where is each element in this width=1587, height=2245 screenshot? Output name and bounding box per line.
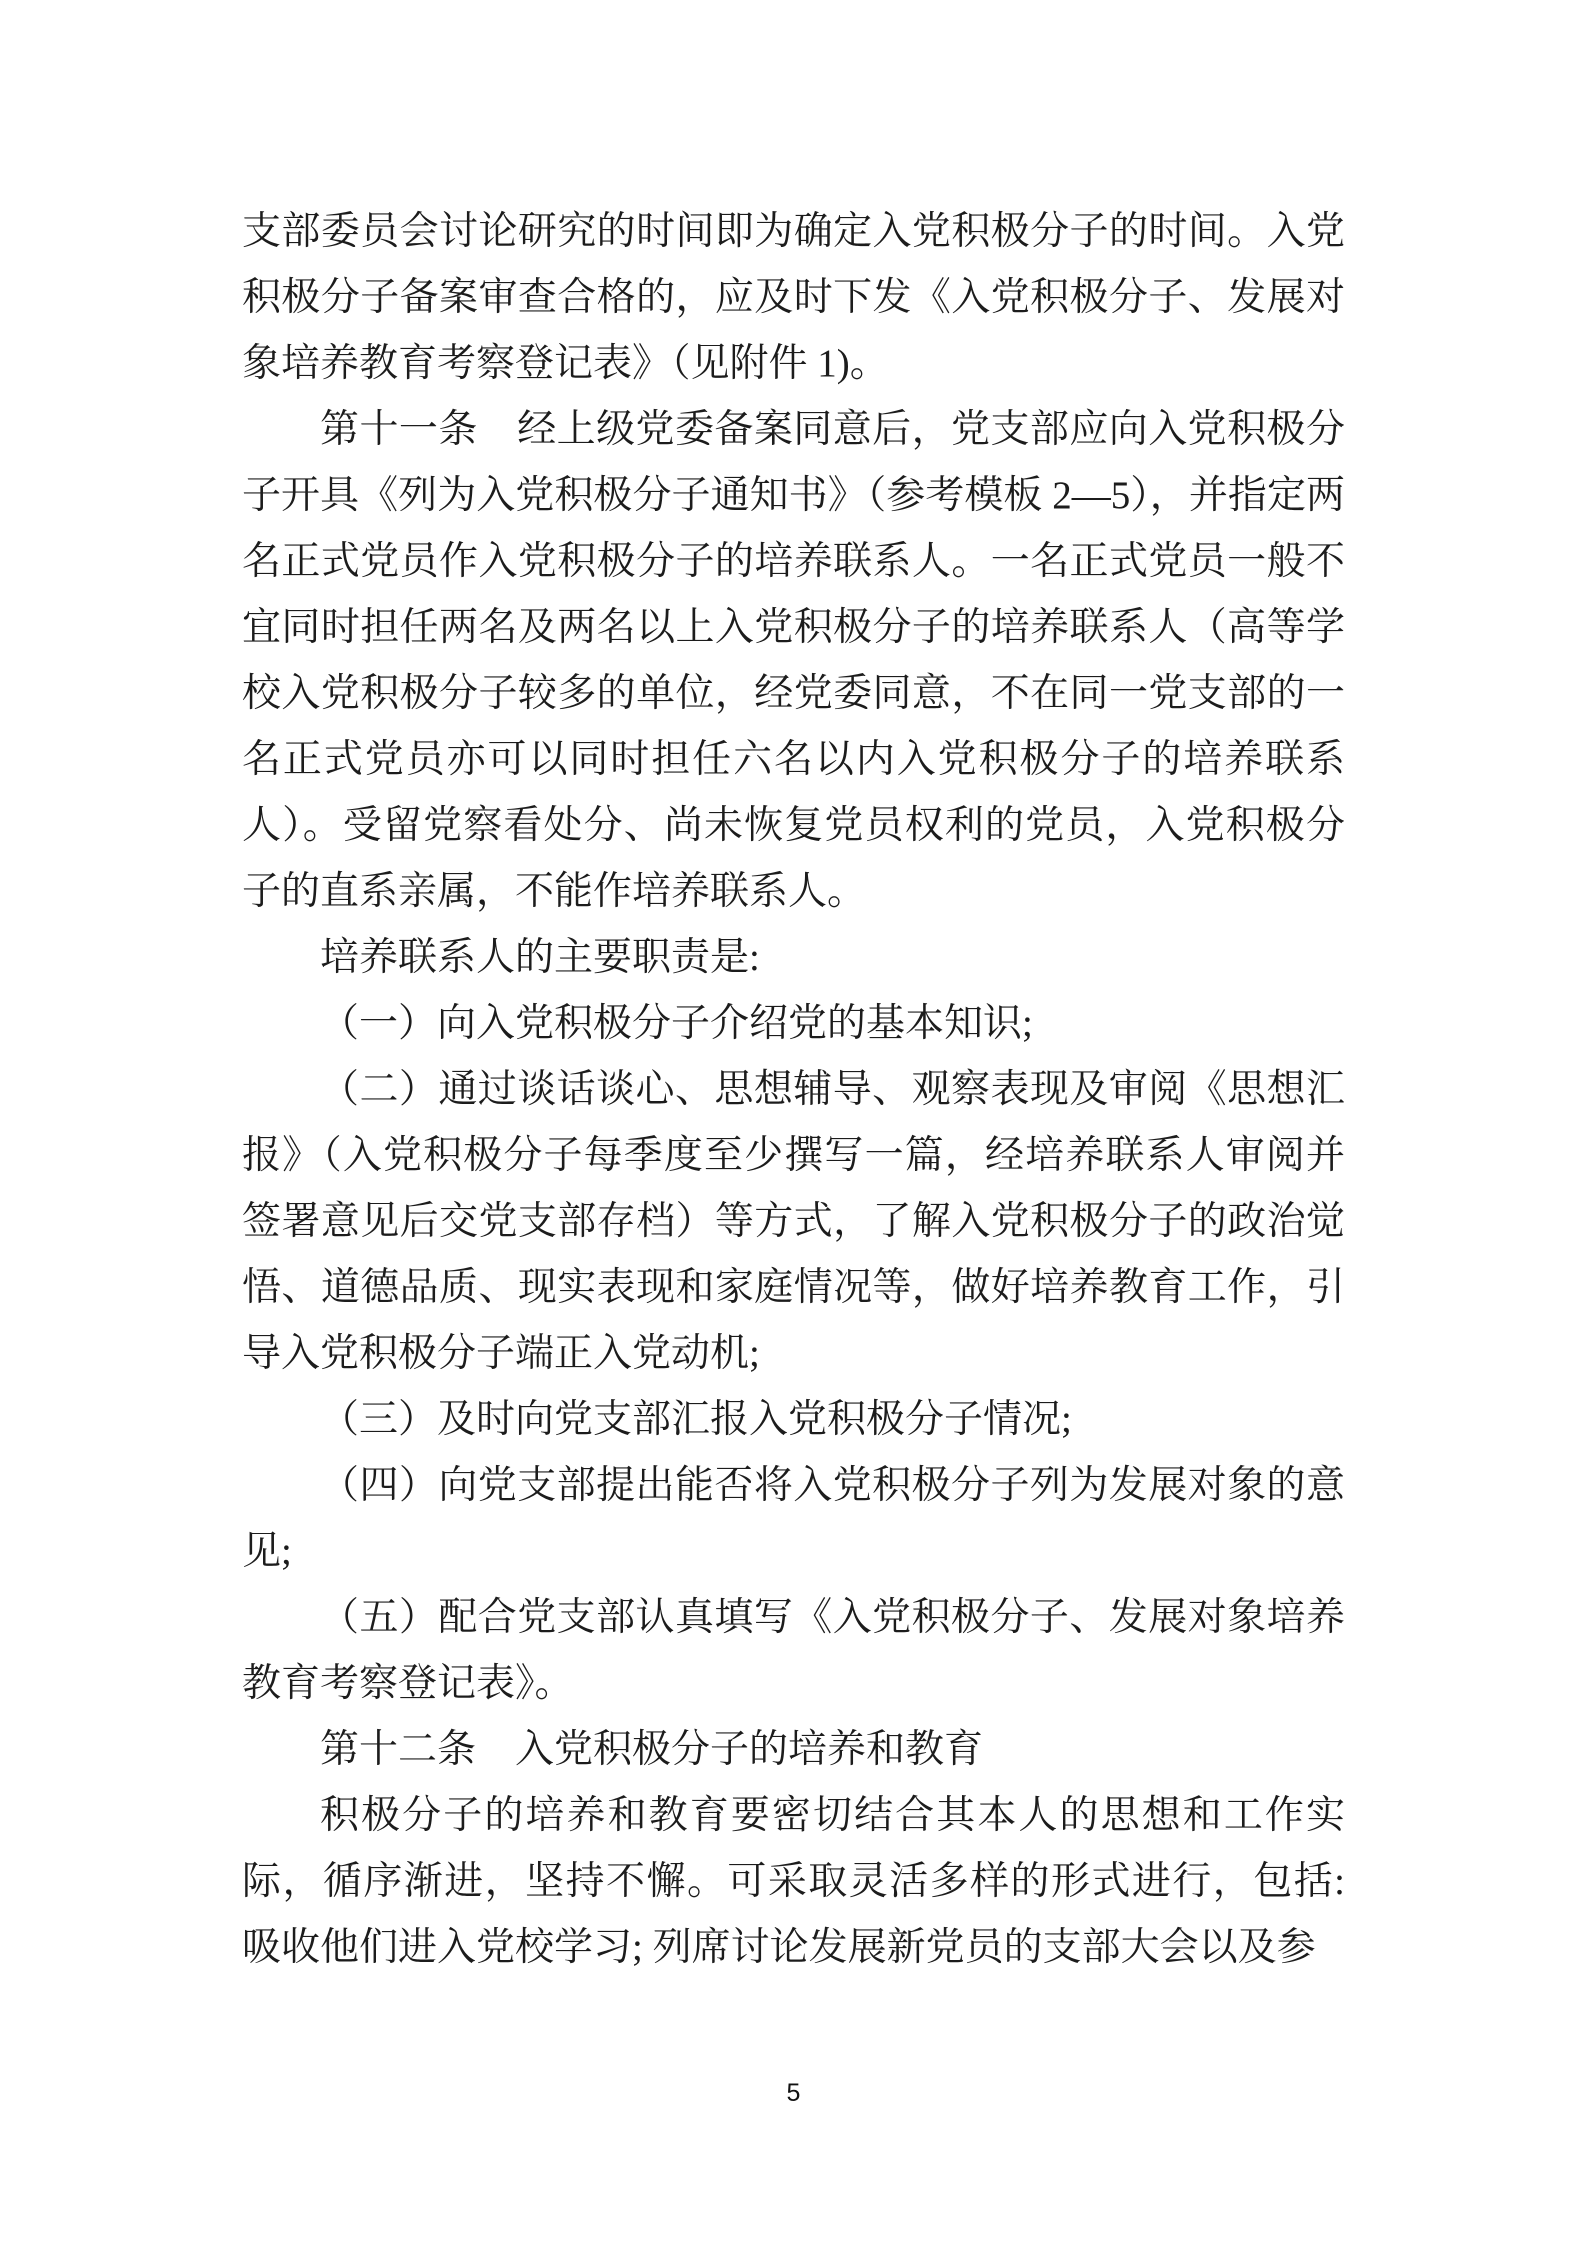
paragraph: 支部委员会讨论研究的时间即为确定入党积极分子的时间。入党积极分子备案审查合格的，… [242, 199, 1345, 397]
document-body: 支部委员会讨论研究的时间即为确定入党积极分子的时间。入党积极分子备案审查合格的，… [242, 199, 1345, 1981]
page-footer: 5 [0, 2078, 1587, 2108]
paragraph: 第十一条 经上级党委备案同意后，党支部应向入党积极分子开具《列为入党积极分子通知… [242, 397, 1345, 925]
paragraph: （三）及时向党支部汇报入党积极分子情况; [242, 1387, 1345, 1453]
paragraph: 第十二条 入党积极分子的培养和教育 [242, 1717, 1345, 1783]
document-page: 支部委员会讨论研究的时间即为确定入党积极分子的时间。入党积极分子备案审查合格的，… [0, 0, 1587, 2245]
paragraph: （五）配合党支部认真填写《入党积极分子、发展对象培养教育考察登记表》。 [242, 1585, 1345, 1717]
paragraph: （四）向党支部提出能否将入党积极分子列为发展对象的意见; [242, 1453, 1345, 1585]
paragraph: 积极分子的培养和教育要密切结合其本人的思想和工作实际，循序渐进，坚持不懈。可采取… [242, 1783, 1345, 1981]
paragraph: （一）向入党积极分子介绍党的基本知识; [242, 991, 1345, 1057]
page-number: 5 [787, 2079, 801, 2107]
paragraph: 培养联系人的主要职责是: [242, 925, 1345, 991]
paragraph: （二）通过谈话谈心、思想辅导、观察表现及审阅《思想汇报》（入党积极分子每季度至少… [242, 1057, 1345, 1387]
